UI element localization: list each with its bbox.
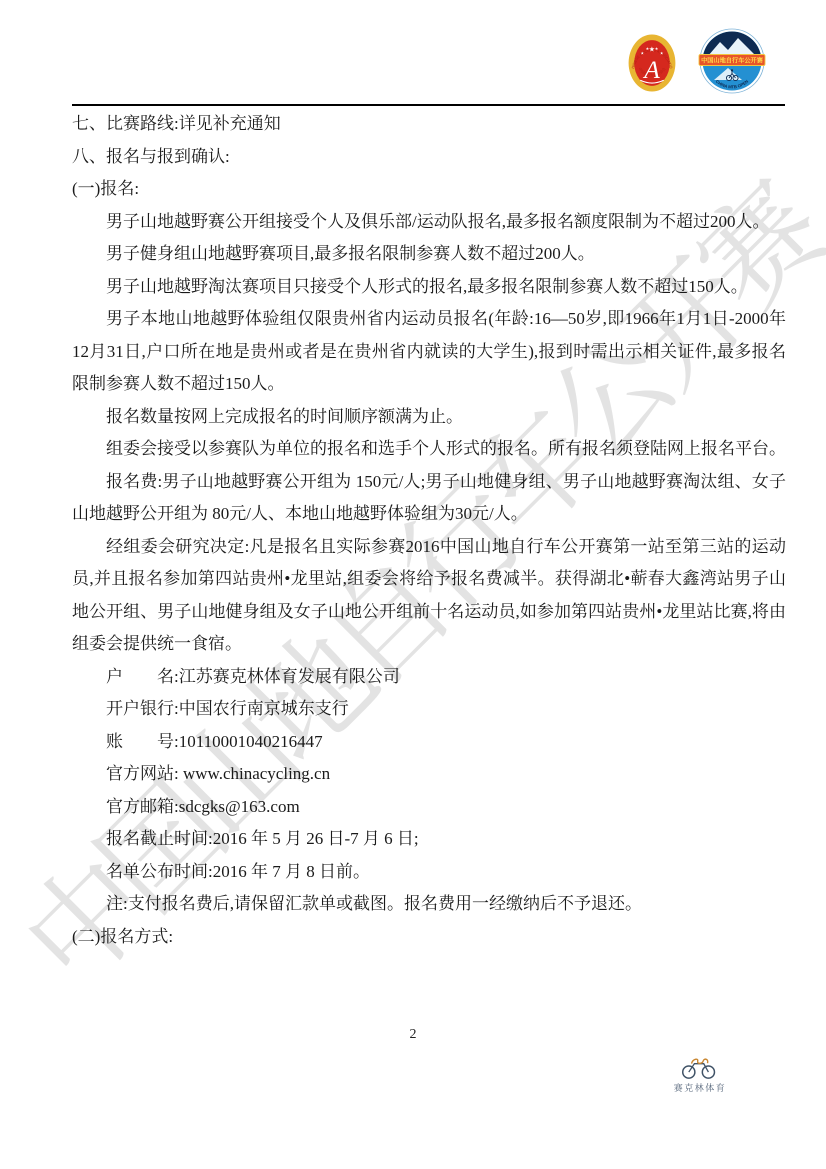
document-page: 中国山地自行车公开赛 CHINESE CYCLING ASSOCIATION 中…: [0, 0, 826, 1169]
label-line: 名单公布时间:2016 年 7 月 8 日前。: [72, 856, 786, 889]
label-line: 报名截止时间:2016 年 5 月 26 日-7 月 6 日;: [72, 823, 786, 856]
handlebar-stroke: [692, 1059, 708, 1064]
paragraph: 报名数量按网上完成报名的时间顺序额满为止。: [72, 401, 786, 434]
label-line: 户 名:江苏赛克林体育发展有限公司: [72, 661, 786, 694]
header-logos: CHINESE CYCLING ASSOCIATION 中国自行车运动协会 ★ …: [628, 28, 766, 94]
bicycle-icon: [679, 1052, 721, 1080]
paragraph: 男子山地越野淘汰赛项目只接受个人形式的报名,最多报名限制参赛人数不超过150人。: [72, 271, 786, 304]
paragraph: 男子山地越野赛公开组接受个人及俱乐部/运动队报名,最多报名额度限制为不超过200…: [72, 206, 786, 239]
paragraph: 注:支付报名费后,请保留汇款单或截图。报名费用一经缴纳后不予退还。: [72, 888, 786, 921]
page-number: 2: [0, 1027, 826, 1043]
paragraph: 男子健身组山地越野赛项目,最多报名限制参赛人数不超过200人。: [72, 238, 786, 271]
content: 七、比赛路线:详见补充通知八、报名与报到确认:(一)报名:男子山地越野赛公开组接…: [72, 108, 786, 953]
label-line: 官方邮箱:sdcgks@163.com: [72, 791, 786, 824]
star-icon: ★: [646, 46, 650, 51]
header-divider: [72, 104, 785, 106]
heading-line: (二)报名方式:: [72, 921, 786, 954]
paragraph: 报名费:男子山地越野赛公开组为 150元/人;男子山地健身组、男子山地越野赛淘汰…: [72, 466, 786, 531]
mtb-open-badge-icon: 中国山地自行车公开赛 CHINA MTB OPEN: [698, 28, 766, 94]
label-line: 账 号:10110001040216447: [72, 726, 786, 759]
heading-line: 七、比赛路线:详见补充通知: [72, 108, 786, 141]
badge-monogram: A: [642, 55, 660, 84]
cycling-association-badge-icon: CHINESE CYCLING ASSOCIATION 中国自行车运动协会 ★ …: [628, 34, 676, 92]
label-line: 官方网站: www.chinacycling.cn: [72, 758, 786, 791]
star-icon: ★: [660, 50, 664, 55]
footer-brand-label: 赛克林体育: [668, 1081, 732, 1094]
paragraph: 经组委会研究决定:凡是报名且实际参赛2016中国山地自行车公开赛第一站至第三站的…: [72, 531, 786, 661]
star-icon: ★: [655, 46, 659, 51]
label-line: 开户银行:中国农行南京城东支行: [72, 693, 786, 726]
cyclist-head-icon: [731, 69, 733, 71]
paragraph: 男子本地山地越野体验组仅限贵州省内运动员报名(年龄:16—50岁,即1966年1…: [72, 303, 786, 401]
heading-line: 八、报名与报到确认:: [72, 141, 786, 174]
badge-banner-text: 中国山地自行车公开赛: [701, 57, 764, 65]
paragraph: 组委会接受以参赛队为单位的报名和选手个人形式的报名。所有报名须登陆网上报名平台。: [72, 433, 786, 466]
heading-line: (一)报名:: [72, 173, 786, 206]
footer-brand-logo: 赛克林体育: [668, 1052, 732, 1094]
